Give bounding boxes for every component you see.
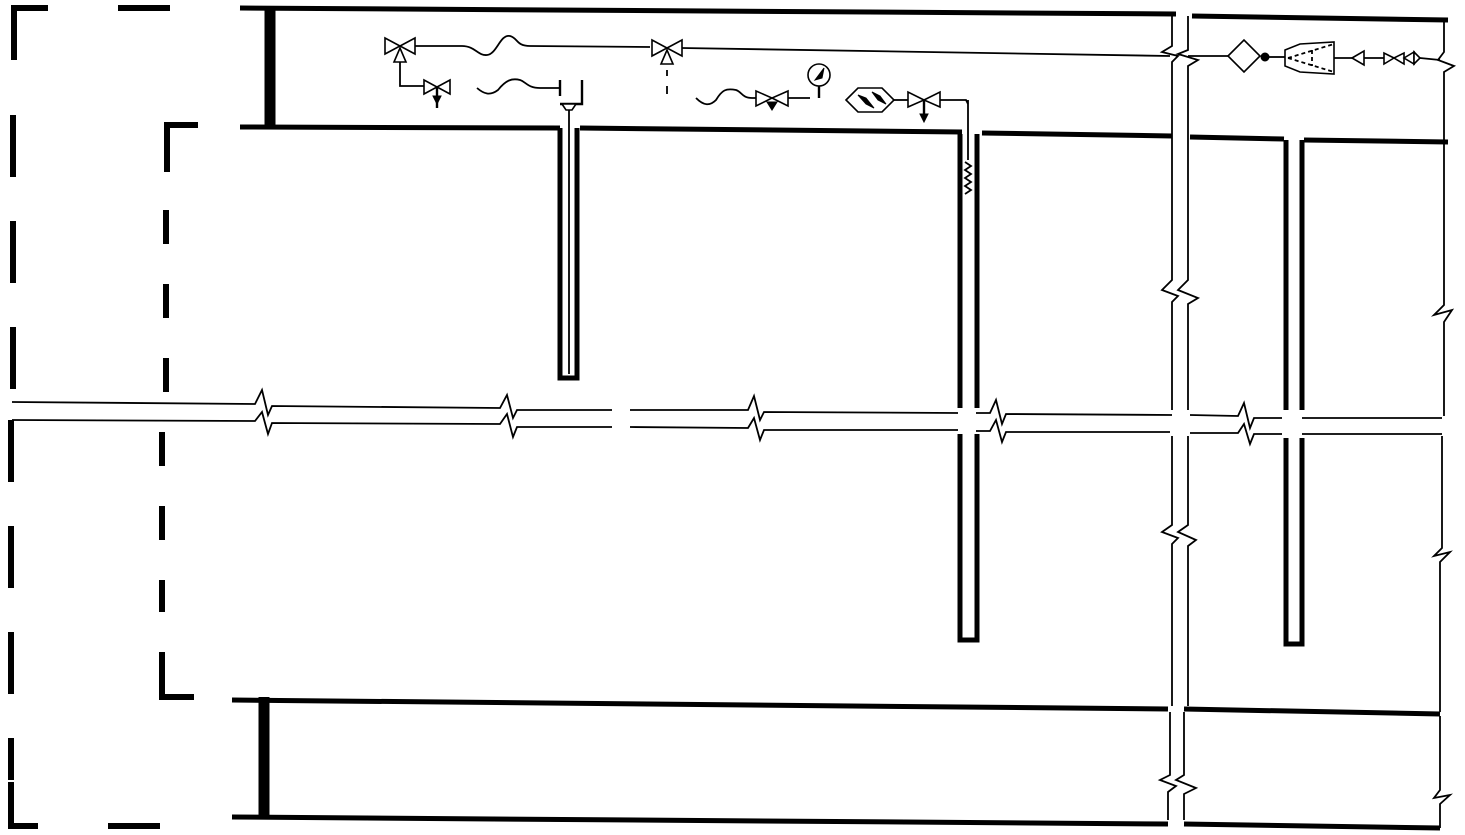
supply-header-channel <box>240 8 1448 142</box>
drain-valve-5 <box>908 92 940 122</box>
flexible-hose-1 <box>462 36 650 55</box>
filter <box>1228 40 1269 72</box>
flexible-hose-3 <box>696 89 756 104</box>
hidden-boundary-inner <box>162 125 198 697</box>
flexible-hose-2 <box>477 79 559 93</box>
hand-valve-4 <box>756 91 788 110</box>
silencer <box>1285 42 1334 74</box>
hidden-boundary-outer <box>11 8 170 826</box>
lower-channel <box>232 697 1440 828</box>
drop-pipe-2 <box>960 100 977 640</box>
drop-pipe-1 <box>560 108 577 378</box>
three-way-valve-3 <box>652 40 682 94</box>
check-valve-2 <box>1404 52 1420 64</box>
three-way-valve-1 <box>385 38 415 62</box>
pipe-segment <box>400 62 424 86</box>
pipe-segment <box>1420 58 1440 60</box>
main-double-line-pipe <box>12 390 1442 444</box>
drop-outlet <box>560 80 582 110</box>
pipe-segment <box>682 48 1170 56</box>
pressure-gauge <box>808 64 830 98</box>
piping-schematic <box>0 0 1465 835</box>
heat-exchanger <box>846 88 894 112</box>
pipe-segment <box>940 100 968 104</box>
check-valve-1 <box>1352 51 1364 65</box>
hand-valve-2 <box>424 80 450 108</box>
schematic-canvas <box>0 0 1465 835</box>
drop-pipe-3 <box>1286 140 1302 644</box>
gate-valve-6 <box>1384 53 1404 64</box>
